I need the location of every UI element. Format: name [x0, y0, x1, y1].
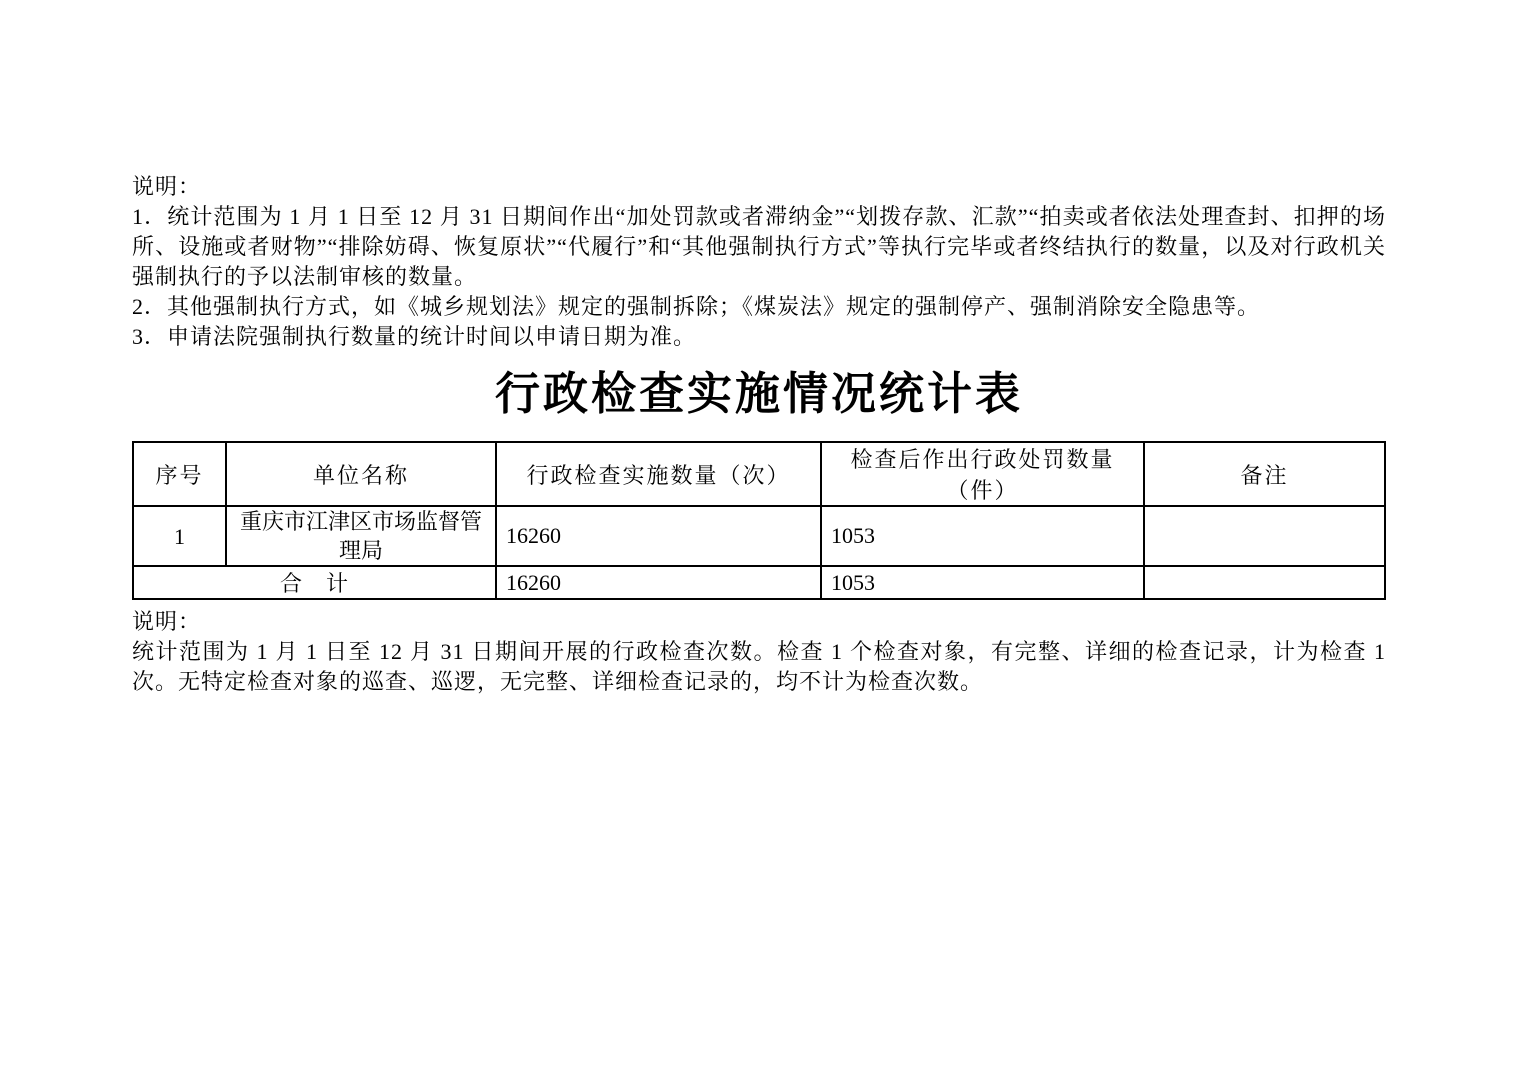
document-page: 说明： 1．统计范围为 1 月 1 日至 12 月 31 日期间作出“加处罚款或…	[0, 0, 1520, 1074]
header-penalty-count: 检查后作出行政处罚数量（件）	[821, 442, 1144, 506]
cell-unit-name: 重庆市江津区市场监督管理局	[226, 506, 496, 566]
statistics-table: 序号 单位名称 行政检查实施数量（次） 检查后作出行政处罚数量（件） 备注 1 …	[132, 441, 1386, 600]
bottom-notes-heading: 说明：	[132, 607, 1386, 637]
bottom-notes-text: 统计范围为 1 月 1 日至 12 月 31 日期间开展的行政检查次数。检查 1…	[132, 637, 1386, 697]
cell-inspection-count: 16260	[496, 506, 821, 566]
top-note-item-3: 3．申请法院强制执行数量的统计时间以申请日期为准。	[132, 322, 1386, 352]
header-inspection-count: 行政检查实施数量（次）	[496, 442, 821, 506]
document-content: 说明： 1．统计范围为 1 月 1 日至 12 月 31 日期间作出“加处罚款或…	[132, 172, 1386, 697]
table-total-row: 合 计 16260 1053	[133, 566, 1385, 599]
cell-penalty-count: 1053	[821, 506, 1144, 566]
top-notes-heading: 说明：	[132, 172, 1386, 202]
header-remark: 备注	[1144, 442, 1385, 506]
total-label-cell: 合 计	[133, 566, 496, 599]
top-notes-section: 说明： 1．统计范围为 1 月 1 日至 12 月 31 日期间作出“加处罚款或…	[132, 172, 1386, 352]
total-inspection-count: 16260	[496, 566, 821, 599]
table-header-row: 序号 单位名称 行政检查实施数量（次） 检查后作出行政处罚数量（件） 备注	[133, 442, 1385, 506]
cell-remark	[1144, 506, 1385, 566]
total-penalty-count: 1053	[821, 566, 1144, 599]
header-unit-name: 单位名称	[226, 442, 496, 506]
cell-seq: 1	[133, 506, 226, 566]
page-title: 行政检查实施情况统计表	[132, 365, 1386, 423]
header-seq: 序号	[133, 442, 226, 506]
bottom-notes-section: 说明： 统计范围为 1 月 1 日至 12 月 31 日期间开展的行政检查次数。…	[132, 607, 1386, 697]
table-row: 1 重庆市江津区市场监督管理局 16260 1053	[133, 506, 1385, 566]
top-note-item-2: 2．其他强制执行方式，如《城乡规划法》规定的强制拆除；《煤炭法》规定的强制停产、…	[132, 292, 1386, 322]
top-note-item-1: 1．统计范围为 1 月 1 日至 12 月 31 日期间作出“加处罚款或者滞纳金…	[132, 202, 1386, 292]
total-remark-cell	[1144, 566, 1385, 599]
